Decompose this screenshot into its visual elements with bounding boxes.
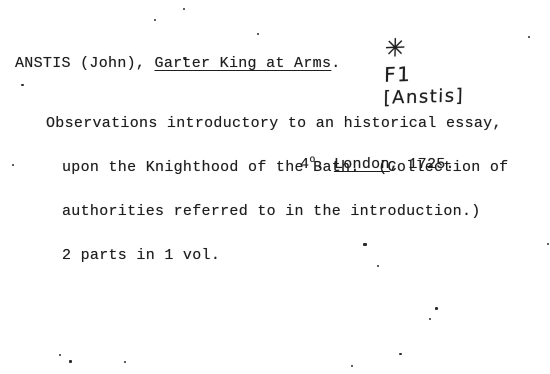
- imprint-date: , 1725.: [390, 156, 455, 173]
- place-underlined: London: [334, 156, 390, 173]
- scan-speck: [257, 33, 259, 35]
- format-size: 4: [300, 156, 309, 173]
- description-line-3: authorities referred to in the introduct…: [62, 205, 508, 220]
- scan-speck: [351, 365, 353, 367]
- scan-speck: [154, 19, 156, 21]
- shelfmark-code: F1: [384, 62, 412, 87]
- scan-speck: [59, 354, 61, 356]
- scan-speck: [399, 353, 402, 355]
- imprint-separator: .: [315, 156, 334, 173]
- description-line-1: Observations introductory to an historic…: [46, 117, 508, 132]
- scan-speck: [21, 84, 24, 86]
- scan-speck: [69, 360, 72, 363]
- asterisk-mark: ✳: [384, 33, 406, 63]
- description-paragraph: Observations introductory to an historic…: [0, 88, 508, 292]
- scan-speck: [363, 243, 367, 246]
- title-underlined: Garter King at Arms: [155, 55, 332, 72]
- scan-speck: [183, 8, 185, 10]
- scan-speck: [547, 243, 549, 245]
- catalog-card: ✳ F1 [Anstis] ANSTIS (John), Garter King…: [0, 0, 550, 374]
- scan-speck: [12, 164, 14, 166]
- scan-speck: [124, 361, 126, 363]
- heading-line: ANSTIS (John), Garter King at Arms.: [15, 57, 341, 72]
- scan-speck: [435, 307, 438, 310]
- scan-speck: [377, 265, 379, 267]
- scan-speck: [528, 36, 530, 38]
- scan-speck: [429, 318, 431, 320]
- author-name: ANSTIS (John),: [15, 55, 155, 72]
- scan-speck: [183, 57, 186, 59]
- imprint-line: 4o. London, 1725.: [300, 158, 455, 173]
- heading-period: .: [331, 55, 340, 72]
- description-line-4: 2 parts in 1 vol.: [62, 249, 508, 264]
